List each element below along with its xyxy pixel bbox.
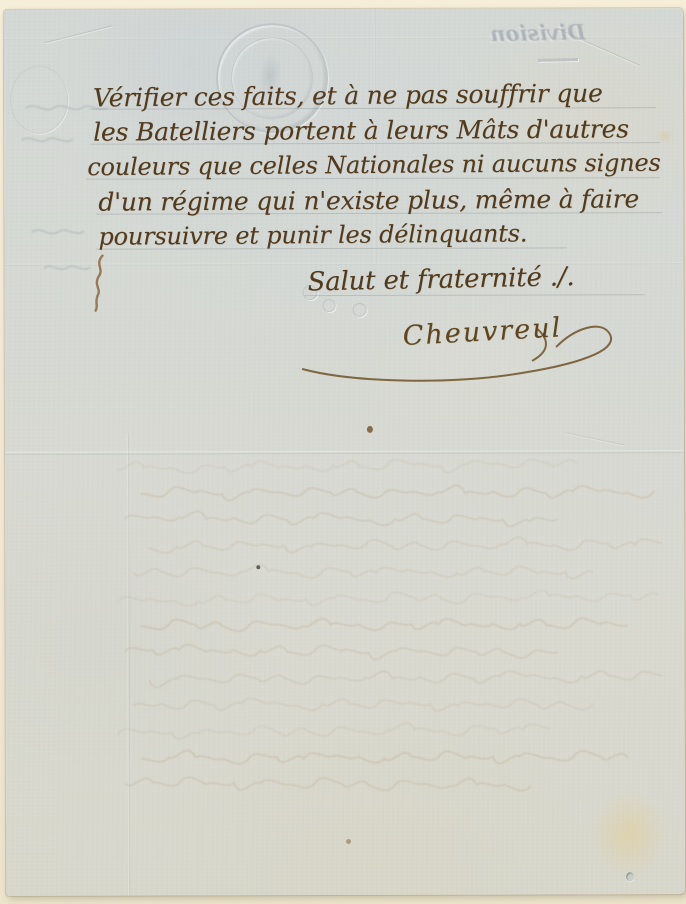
paper-hole — [626, 872, 634, 881]
signature-block: Cheuvreul — [285, 306, 645, 393]
handwritten-line-4: d'un régime qui n'existe plus, même à fa… — [98, 184, 639, 216]
letter-page: Division Vérifier ce — [4, 8, 685, 896]
scan-background: Division Vérifier ce — [0, 0, 686, 904]
ink-speck — [346, 839, 351, 844]
handwritten-line-5: poursuivre et punir les délinquants. — [98, 219, 527, 250]
ink-smudge — [74, 248, 134, 328]
verso-heading-bleedthrough: Division — [490, 20, 586, 47]
ink-speck — [256, 565, 260, 569]
handwritten-line-2: les Batelliers portent à leurs Mâts d'au… — [93, 114, 629, 146]
handwritten-line-1: Vérifier ces faits, et à ne pas souffrir… — [93, 79, 603, 113]
wrinkle-top-left — [45, 25, 113, 43]
ink-speck — [367, 426, 373, 433]
foxing-spot — [652, 126, 678, 146]
closing-line: Salut et fraternité ./. — [307, 262, 574, 297]
verso-emboss-dash — [538, 58, 578, 62]
handwritten-line-3: couleurs que celles Nationales ni aucuns… — [87, 149, 661, 182]
